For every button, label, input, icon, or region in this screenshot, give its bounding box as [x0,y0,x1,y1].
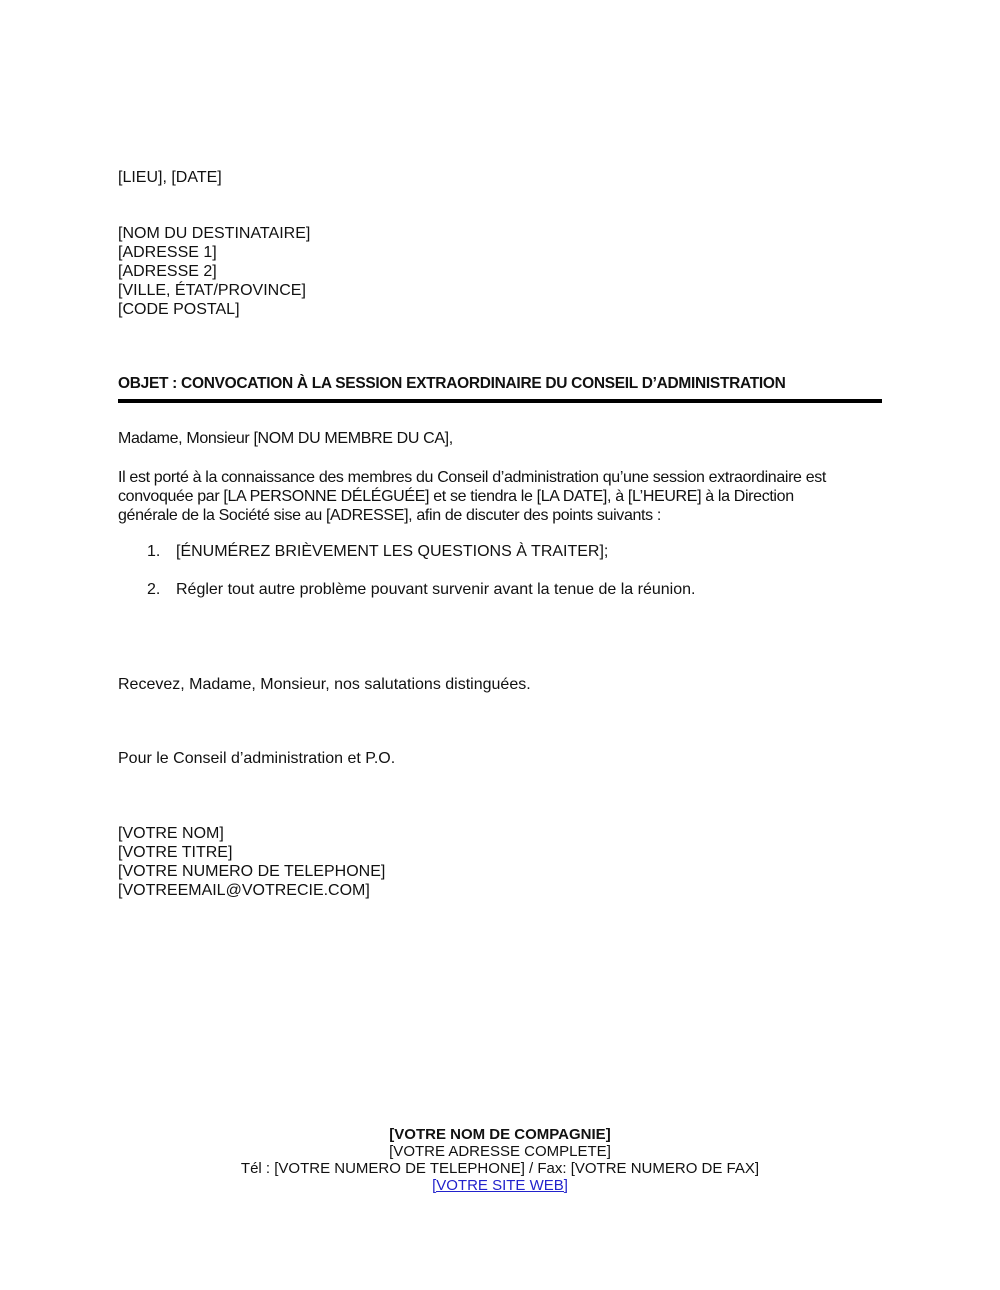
signature-title: [VOTRE TITRE] [118,843,232,862]
website-link[interactable]: [VOTRE SITE WEB] [432,1177,568,1194]
recipient-address-2: [ADRESSE 2] [118,262,217,281]
list-item: [ÉNUMÉREZ BRIÈVEMENT LES QUESTIONS À TRA… [176,542,608,561]
salutation: Madame, Monsieur [NOM DU MEMBRE DU CA], [118,429,453,448]
recipient-address-1: [ADRESSE 1] [118,243,217,262]
paragraph-line-2: convoquée par [LA PERSONNE DÉLÉGUÉE] et … [118,487,794,506]
recipient-name: [NOM DU DESTINATAIRE] [118,224,310,243]
signature-email: [VOTREEMAIL@VOTRECIE.COM] [118,881,370,900]
recipient-city-state: [VILLE, ÉTAT/PROVINCE] [118,281,306,300]
paragraph-line-3: générale de la Société sise au [ADRESSE]… [118,506,661,525]
list-item-number: 1. [147,542,160,561]
on-behalf-line: Pour le Conseil d’administration et P.O. [118,749,395,768]
footer-website-row: [VOTRE SITE WEB] [0,1176,1000,1195]
paragraph-line-1: Il est porté à la connaissance des membr… [118,468,826,487]
recipient-postal-code: [CODE POSTAL] [118,300,240,319]
subject-line: OBJET : CONVOCATION À LA SESSION EXTRAOR… [118,374,786,393]
subject-divider [118,399,882,403]
list-item-number: 2. [147,580,160,599]
signature-name: [VOTRE NOM] [118,824,224,843]
place-date: [LIEU], [DATE] [118,168,222,187]
list-item: Régler tout autre problème pouvant surve… [176,580,695,599]
signature-phone: [VOTRE NUMERO DE TELEPHONE] [118,862,385,881]
closing: Recevez, Madame, Monsieur, nos salutatio… [118,675,531,694]
